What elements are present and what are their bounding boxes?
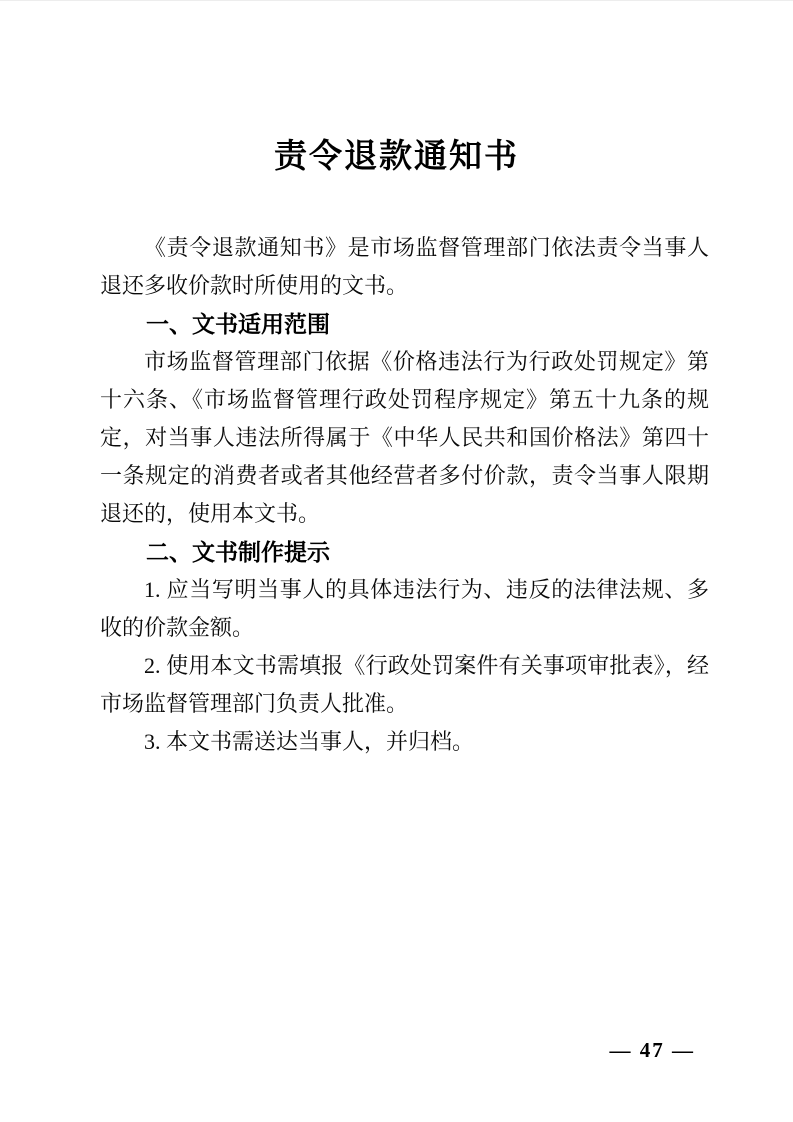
section-heading-tips: 二、文书制作提示 — [100, 533, 709, 571]
tip-item-3: 3. 本文书需送达当事人，并归档。 — [100, 723, 709, 761]
section-heading-scope: 一、文书适用范围 — [100, 305, 709, 343]
tip-item-2: 2. 使用本文书需填报《行政处罚案件有关事项审批表》，经市场监督管理部门负责人批… — [100, 647, 709, 723]
intro-paragraph: 《责令退款通知书》是市场监督管理部门依法责令当事人退还多收价款时所使用的文书。 — [100, 229, 709, 305]
document-title: 责令退款通知书 — [0, 1, 793, 177]
page-number: — 47 — — [610, 1038, 696, 1063]
scope-paragraph: 市场监督管理部门依据《价格违法行为行政处罚规定》第十六条、《市场监督管理行政处罚… — [100, 343, 709, 533]
tip-item-1: 1. 应当写明当事人的具体违法行为、违反的法律法规、多收的价款金额。 — [100, 571, 709, 647]
document-body: 《责令退款通知书》是市场监督管理部门依法责令当事人退还多收价款时所使用的文书。 … — [100, 229, 709, 761]
document-page: 责令退款通知书 《责令退款通知书》是市场监督管理部门依法责令当事人退还多收价款时… — [0, 0, 793, 1122]
